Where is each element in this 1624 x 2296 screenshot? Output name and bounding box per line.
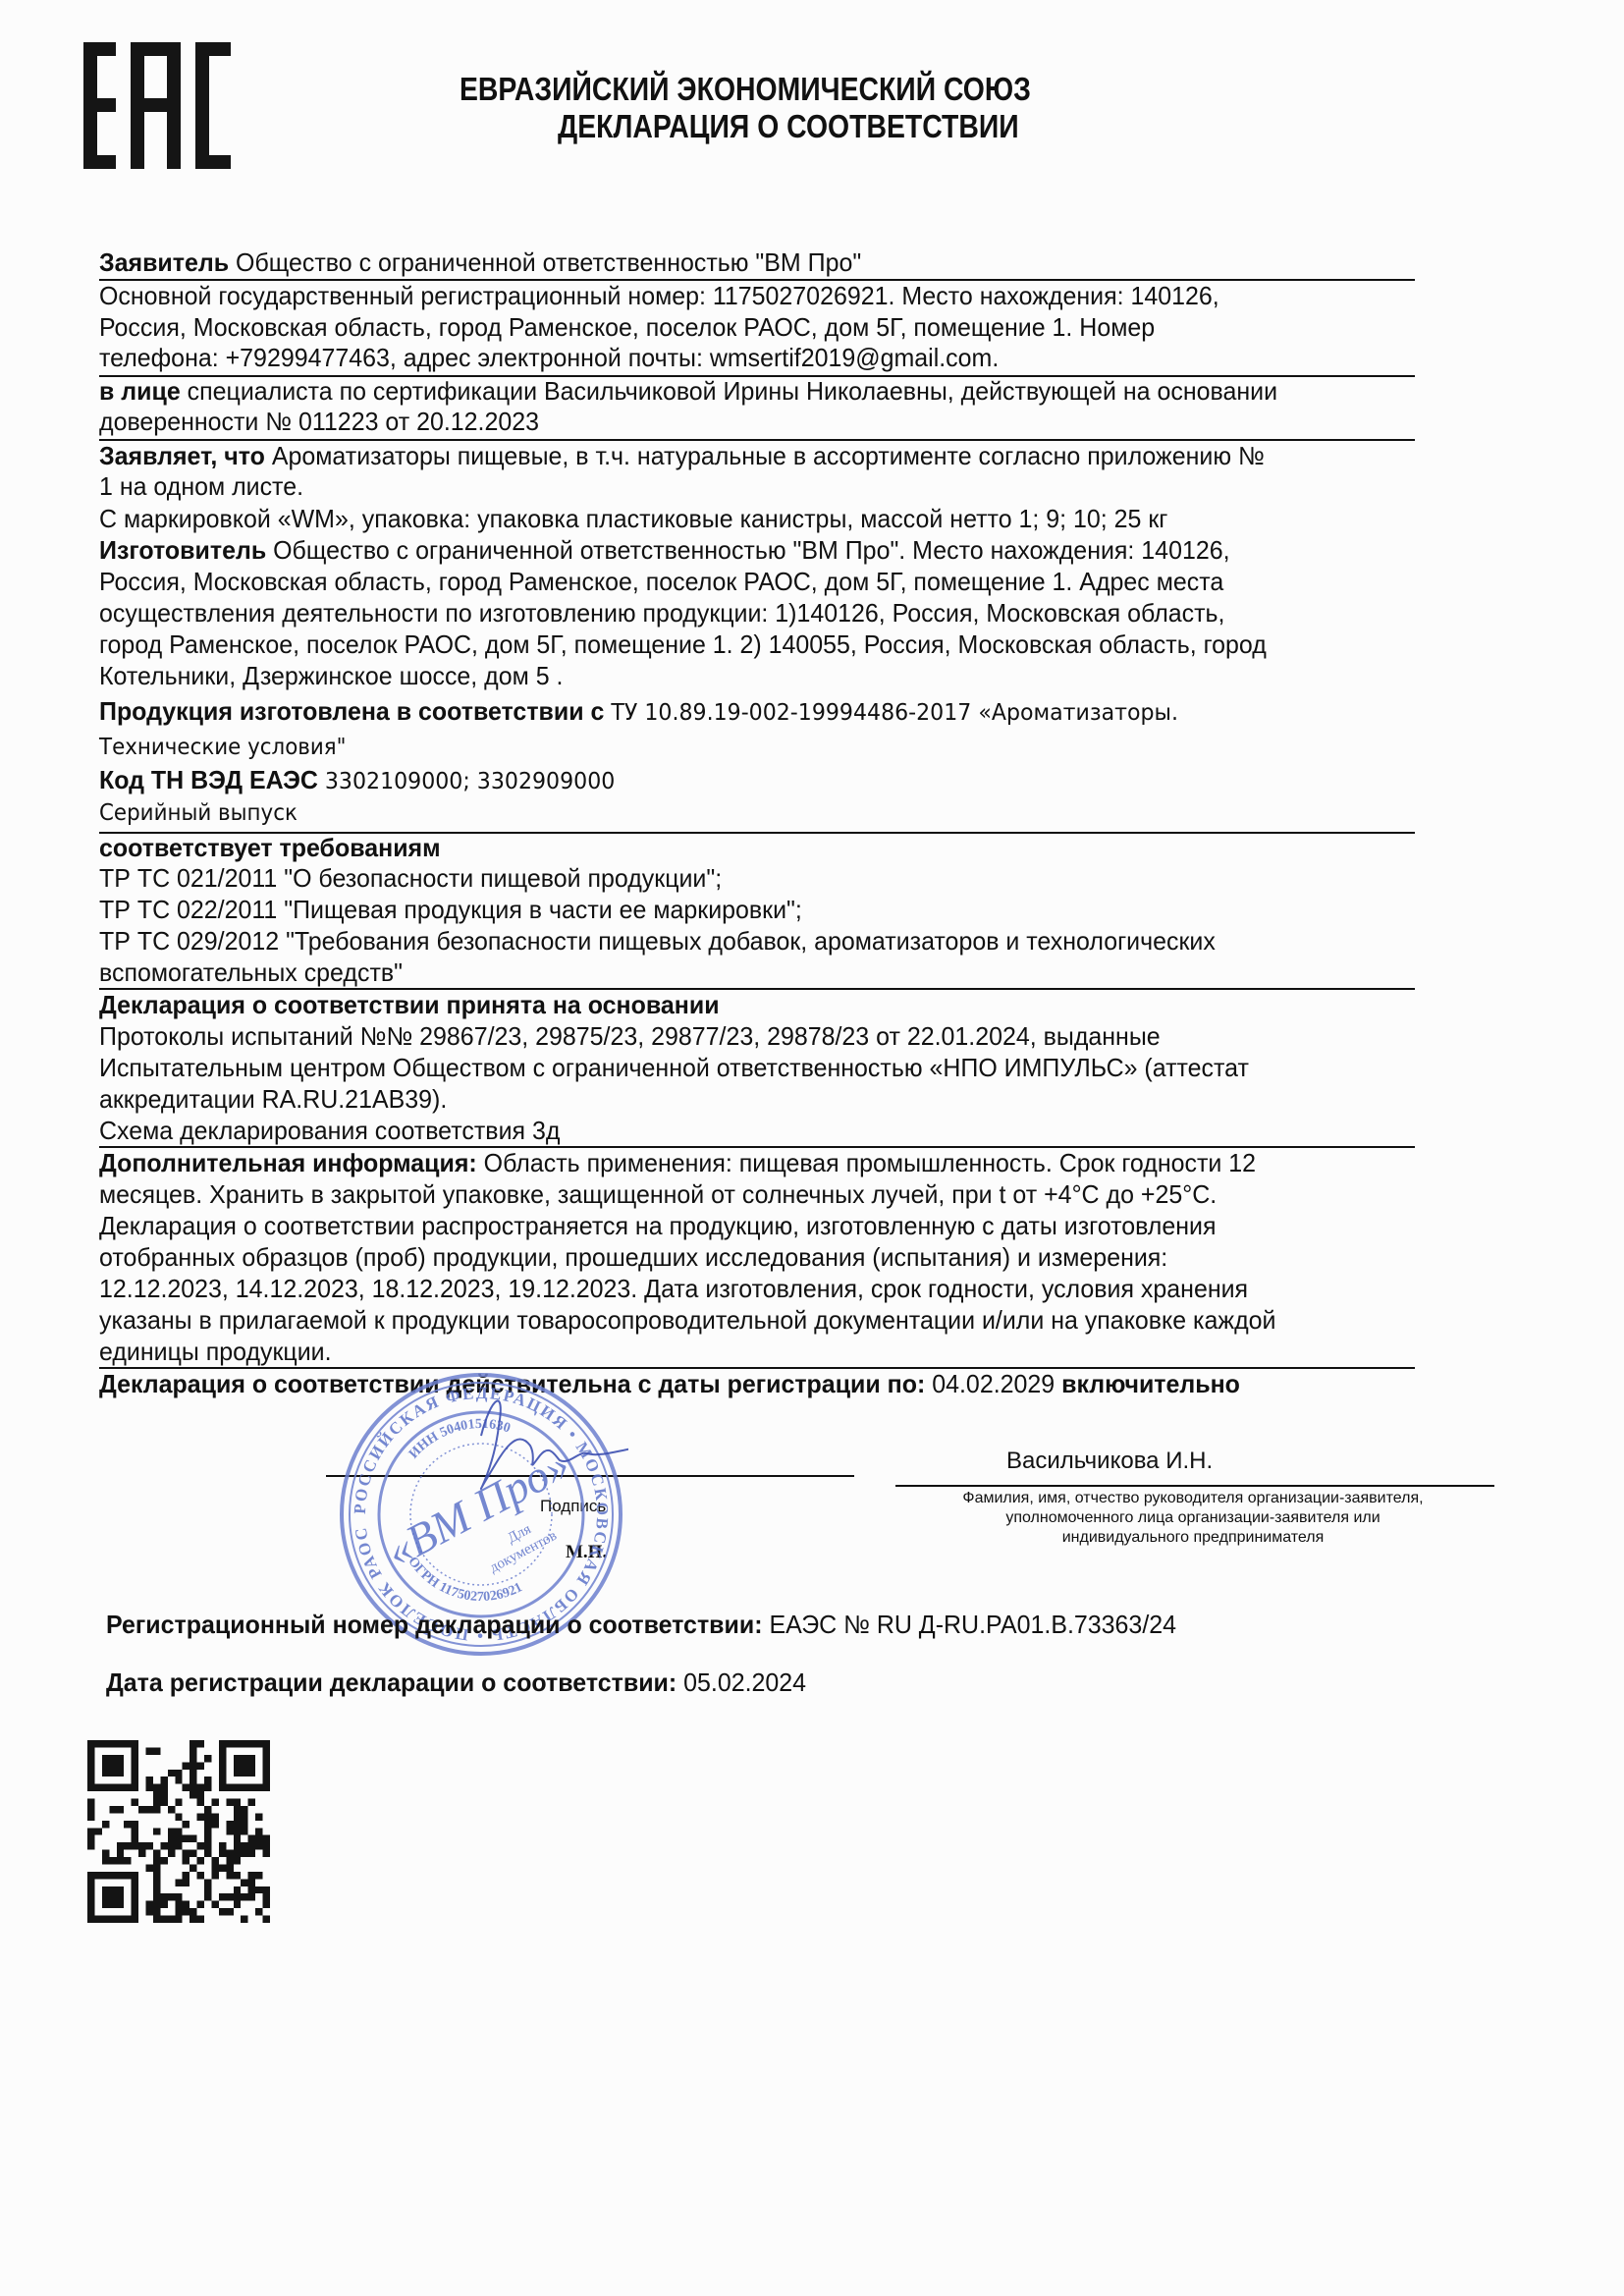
- registration-number: ЕАЭС № RU Д-RU.РА01.В.73363/24: [763, 1610, 1177, 1639]
- eac-logo-icon: [83, 42, 231, 169]
- applicant-details: телефона: +79299477463, адрес электронно…: [99, 345, 999, 370]
- caption-line: Фамилия, имя, отчество руководителя орга…: [898, 1489, 1488, 1508]
- additional-info-text: месяцев. Хранить в закрытой упаковке, за…: [99, 1181, 1217, 1207]
- represented-by-line: в лице специалиста по сертификации Васил…: [99, 378, 1277, 404]
- manufacturer-address: Россия, Московская область, город Раменс…: [99, 569, 1223, 594]
- basis-text: Протоколы испытаний №№ 29867/23, 29875/2…: [99, 1023, 1161, 1049]
- manufacturer-address: город Раменское, поселок РАОС, дом 5Г, п…: [99, 631, 1267, 657]
- validity-date: 04.02.2029: [925, 1369, 1055, 1398]
- additional-info-line: Дополнительная информация: Область приме…: [99, 1150, 1256, 1175]
- produced-per-label: Продукция изготовлена в соответствии с: [99, 696, 604, 726]
- registration-date-line: Дата регистрации декларации о соответств…: [106, 1669, 806, 1695]
- stamp-company: «ВМ Про»: [378, 1439, 577, 1576]
- registration-number-label: Регистрационный номер декларации о соотв…: [106, 1610, 763, 1639]
- document-title: ДЕКЛАРАЦИЯ О СООТВЕТСТВИИ: [558, 108, 1019, 145]
- manufacturer-name: Общество с ограниченной ответственностью…: [266, 535, 1229, 565]
- requirement-item: вспомогательных средств": [99, 959, 403, 985]
- caption-line: индивидуального предпринимателя: [898, 1528, 1488, 1548]
- declares-line: Заявляет, что Ароматизаторы пищевые, в т…: [99, 443, 1265, 468]
- applicant-name: Общество с ограниченной ответственностью…: [229, 247, 861, 277]
- requirement-item: ТР ТС 021/2011 "О безопасности пищевой п…: [99, 865, 722, 891]
- qr-code-icon[interactable]: [86, 1740, 271, 1923]
- basis-text: Испытательным центром Обществом с ограни…: [99, 1055, 1249, 1080]
- power-of-attorney: доверенности № 011223 от 20.12.2023: [99, 409, 539, 434]
- product-appendix: 1 на одном листе.: [99, 473, 303, 499]
- signer-name: Васильчикова И.Н.: [1006, 1448, 1213, 1475]
- registration-date-label: Дата регистрации декларации о соответств…: [106, 1667, 677, 1697]
- additional-info-text: отобранных образцов (проб) продукции, пр…: [99, 1244, 1167, 1270]
- represented-by-text: специалиста по сертификации Васильчиково…: [181, 376, 1277, 406]
- name-line: [895, 1485, 1494, 1487]
- produced-per-line: Продукция изготовлена в соответствии с Т…: [99, 698, 1178, 726]
- declaration-page: ЕВРАЗИЙСКИЙ ЭКОНОМИЧЕСКИЙ СОЮЗ ДЕКЛАРАЦИ…: [0, 0, 1624, 2296]
- applicant-line: Заявитель Общество с ограниченной ответс…: [99, 249, 861, 275]
- manufacturer-address: Котельники, Дзержинское шоссе, дом 5 .: [99, 663, 563, 688]
- requirements-label: соответствует требованиям: [99, 835, 441, 860]
- applicant-details: Россия, Московская область, город Раменс…: [99, 314, 1155, 340]
- represented-by-label: в лице: [99, 376, 181, 406]
- basis-label: Декларация о соответствии принята на осн…: [99, 992, 720, 1017]
- declaration-scheme: Схема декларирования соответствия 3д: [99, 1118, 560, 1143]
- requirement-item: ТР ТС 022/2011 "Пищевая продукция в част…: [99, 897, 802, 922]
- applicant-details: Основной государственный регистрационный…: [99, 283, 1219, 308]
- tn-ved-label: Код ТН ВЭД ЕАЭС: [99, 765, 318, 794]
- requirement-item: ТР ТС 029/2012 "Требования безопасности …: [99, 928, 1216, 954]
- product-packaging: С маркировкой «WM», упаковка: упаковка п…: [99, 506, 1167, 531]
- product-name: Ароматизаторы пищевые, в т.ч. натуральны…: [265, 441, 1265, 470]
- manufacturer-line: Изготовитель Общество с ограниченной отв…: [99, 537, 1230, 563]
- applicant-label: Заявитель: [99, 247, 229, 277]
- registration-date: 05.02.2024: [677, 1667, 806, 1697]
- manufacturer-label: Изготовитель: [99, 535, 266, 565]
- additional-info-text: указаны в прилагаемой к продукции товаро…: [99, 1307, 1275, 1333]
- manufacturer-address: осуществления деятельности по изготовлен…: [99, 600, 1224, 626]
- additional-info-text: Декларация о соответствии распространяет…: [99, 1213, 1216, 1238]
- tech-spec-continuation: Технические условия": [99, 735, 347, 760]
- basis-text: аккредитации RA.RU.21AB39).: [99, 1086, 447, 1112]
- caption-line: уполномоченного лица организации-заявите…: [898, 1508, 1488, 1528]
- registration-number-line: Регистрационный номер декларации о соотв…: [106, 1612, 1176, 1637]
- validity-line: Декларация о соответствии действительна …: [99, 1371, 1240, 1396]
- tn-ved-codes: 3302109000; 3302909000: [318, 769, 615, 794]
- production-type: Серийный выпуск: [99, 800, 298, 826]
- validity-suffix: включительно: [1055, 1369, 1240, 1398]
- additional-info-text: 12.12.2023, 14.12.2023, 18.12.2023, 19.1…: [99, 1276, 1248, 1301]
- tn-ved-line: Код ТН ВЭД ЕАЭС 3302109000; 3302909000: [99, 767, 615, 794]
- union-title: ЕВРАЗИЙСКИЙ ЭКОНОМИЧЕСКИЙ СОЮЗ: [460, 71, 1031, 108]
- declares-label: Заявляет, что: [99, 441, 265, 470]
- additional-info-text: единицы продукции.: [99, 1339, 332, 1364]
- signer-caption: Фамилия, имя, отчество руководителя орга…: [898, 1489, 1488, 1548]
- tech-spec: ТУ 10.89.19-002-19994486-2017 «Ароматиза…: [604, 700, 1178, 726]
- additional-info-text: Область применения: пищевая промышленнос…: [477, 1148, 1256, 1177]
- additional-info-label: Дополнительная информация:: [99, 1148, 477, 1177]
